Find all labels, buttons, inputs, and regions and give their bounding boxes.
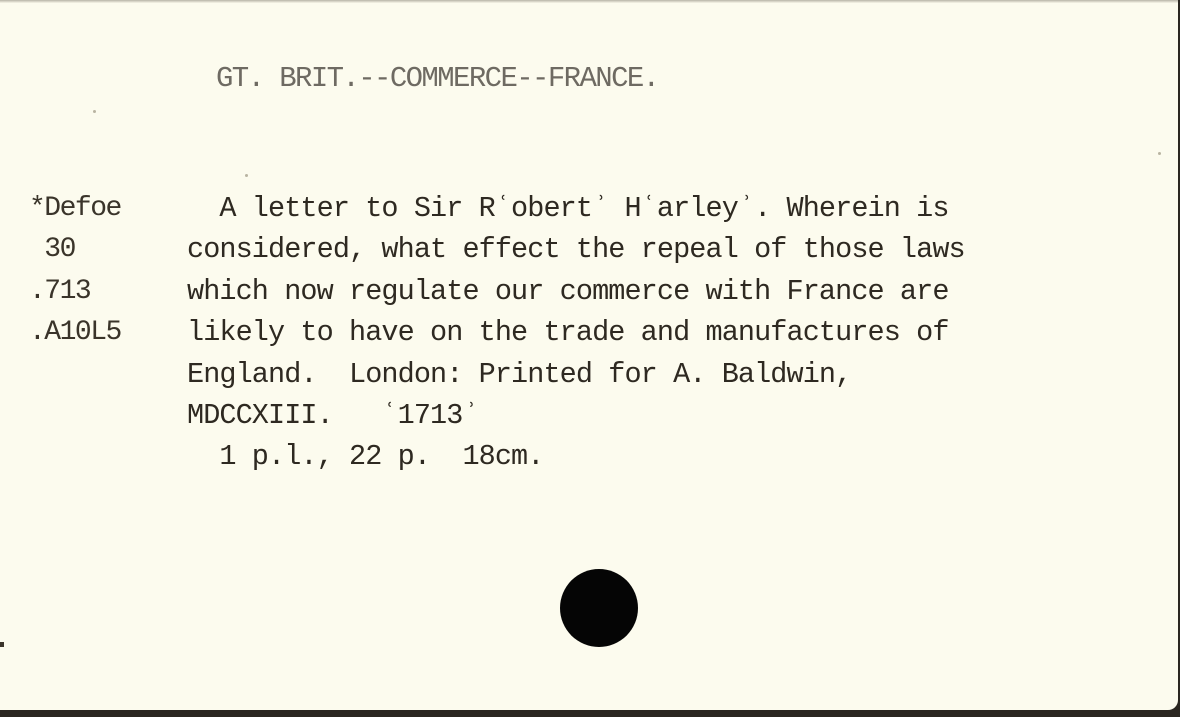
catalog-card: GT. BRIT.--COMMERCE--FRANCE. *Defoe 30 .… [0, 0, 1178, 710]
subject-heading: GT. BRIT.--COMMERCE--FRANCE. [216, 62, 658, 95]
call-number-line: .A10L5 [29, 312, 121, 353]
call-number: *Defoe 30 .713 .A10L5 [29, 188, 121, 354]
description-line: which now regulate our commerce with Fra… [187, 271, 965, 312]
call-number-line: *Defoe [29, 188, 121, 229]
call-number-line: 30 [29, 229, 121, 270]
description-line: considered, what effect the repeal of th… [187, 229, 965, 270]
description-line: 1 p.l., 22 p. 18cm. [187, 436, 965, 477]
punch-hole-icon [560, 569, 638, 647]
paper-speck [1158, 152, 1161, 155]
paper-speck [93, 110, 96, 113]
description-line: MDCCXIII. ʿ1713ʾ [187, 395, 965, 436]
bibliographic-description: A letter to Sir Rʿobertʾ Hʿarleyʾ. Where… [187, 188, 965, 478]
description-line: likely to have on the trade and manufact… [187, 312, 965, 353]
description-line: England. London: Printed for A. Baldwin, [187, 354, 965, 395]
edge-mark [0, 642, 4, 647]
call-number-line: .713 [29, 271, 121, 312]
description-line: A letter to Sir Rʿobertʾ Hʿarleyʾ. Where… [187, 188, 965, 229]
paper-speck [245, 174, 248, 177]
